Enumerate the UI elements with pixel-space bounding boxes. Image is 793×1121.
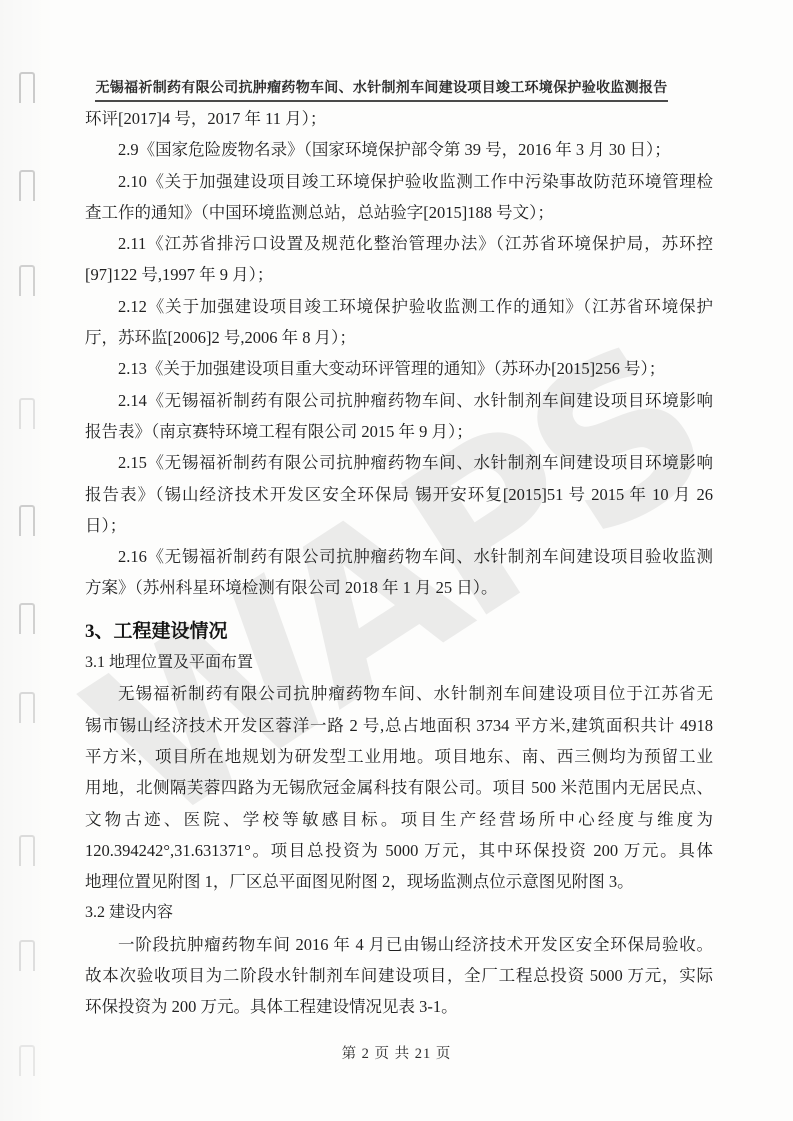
text-line: 环保投资为 200 万元。具体工程建设情况见表 3-1。 xyxy=(85,991,713,1022)
text-line: 用地，北侧隔芙蓉四路为无锡欣冠金属科技有限公司。项目 500 米范围内无居民点、 xyxy=(85,772,713,803)
text-line: 报告表》（锡山经济技术开发区安全环保局 锡开安环复[2015]51 号 2015… xyxy=(85,479,713,510)
subsection-heading: 3.1 地理位置及平面布置 xyxy=(85,647,713,678)
text-line: 无锡福祈制药有限公司抗肿瘤药物车间、水针制剂车间建设项目位于江苏省无 xyxy=(85,678,713,709)
text-line: 方案》（苏州科星环境检测有限公司 2018 年 1 月 25 日）。 xyxy=(85,572,713,603)
text-line: [97]122 号,1997 年 9 月）； xyxy=(85,259,713,290)
document-page: WAPS 无锡福祈制药有限公司抗肿瘤药物车间、水针制剂车间建设项目竣工环境保护验… xyxy=(0,0,793,1121)
text-line: 查工作的通知》（中国环境监测总站，总站验字[2015]188 号文）； xyxy=(85,197,713,228)
text-line: 2.16《无锡福祈制药有限公司抗肿瘤药物车间、水针制剂车间建设项目验收监测 xyxy=(85,541,713,572)
binding-hole-icon xyxy=(19,505,35,536)
text-line: 120.394242°,31.631371°。项目总投资为 5000 万元，其中… xyxy=(85,835,713,866)
binding-hole-icon xyxy=(19,692,35,723)
text-line: 平方米，项目所在地规划为研发型工业用地。项目地东、南、西三侧均为预留工业 xyxy=(85,741,713,772)
text-line: 一阶段抗肿瘤药物车间 2016 年 4 月已由锡山经济技术开发区安全环保局验收。 xyxy=(85,929,713,960)
page-footer: 第 2 页 共 21 页 xyxy=(0,1042,793,1063)
text-line: 2.13《关于加强建设项目重大变动环评管理的通知》（苏环办[2015]256 号… xyxy=(85,353,713,384)
binding-hole-icon xyxy=(19,72,35,103)
binding-hole-icon xyxy=(19,940,35,971)
subsection-heading: 3.2 建设内容 xyxy=(85,897,713,928)
text-line: 锡市锡山经济技术开发区蓉洋一路 2 号,总占地面积 3734 平方米,建筑面积共… xyxy=(85,710,713,741)
text-line: 报告表》（南京赛特环境工程有限公司 2015 年 9 月）； xyxy=(85,416,713,447)
text-line: 厅，苏环监[2006]2 号,2006 年 8 月）； xyxy=(85,322,713,353)
text-line: 故本次验收项目为二阶段水针制剂车间建设项目，全厂工程总投资 5000 万元，实际 xyxy=(85,960,713,991)
section-heading: 3、工程建设情况 xyxy=(85,616,713,647)
text-line: 2.10《关于加强建设项目竣工环境保护验收监测工作中污染事故防范环境管理检 xyxy=(85,166,713,197)
header-title: 无锡福祈制药有限公司抗肿瘤药物车间、水针制剂车间建设项目竣工环境保护验收监测报告 xyxy=(95,77,668,97)
binding-hole-icon xyxy=(19,835,35,866)
document-body: 环评[2017]4 号，2017 年 11 月）；2.9《国家危险废物名录》（国… xyxy=(85,103,713,1023)
text-line: 2.14《无锡福祈制药有限公司抗肿瘤药物车间、水针制剂车间建设项目环境影响 xyxy=(85,385,713,416)
text-line: 2.15《无锡福祈制药有限公司抗肿瘤药物车间、水针制剂车间建设项目环境影响 xyxy=(85,447,713,478)
binding-hole-icon xyxy=(19,170,35,201)
text-line: 文物古迹、医院、学校等敏感目标。项目生产经营场所中心经度与维度为 xyxy=(85,804,713,835)
text-line: 地理位置见附图 1，厂区总平面图见附图 2，现场监测点位示意图见附图 3。 xyxy=(85,866,713,897)
text-line: 环评[2017]4 号，2017 年 11 月）； xyxy=(85,103,713,134)
text-line: 日）； xyxy=(85,510,713,541)
binding-hole-icon xyxy=(19,398,35,429)
binding-hole-icon xyxy=(19,603,35,634)
text-line: 2.11《江苏省排污口设置及规范化整治管理办法》（江苏省环境保护局，苏环控 xyxy=(85,228,713,259)
text-line: 2.9《国家危险废物名录》（国家环境保护部令第 39 号，2016 年 3 月 … xyxy=(85,134,713,165)
binding-hole-icon xyxy=(19,265,35,296)
text-line: 2.12《关于加强建设项目竣工环境保护验收监测工作的通知》（江苏省环境保护 xyxy=(85,291,713,322)
header-rule xyxy=(95,100,668,102)
